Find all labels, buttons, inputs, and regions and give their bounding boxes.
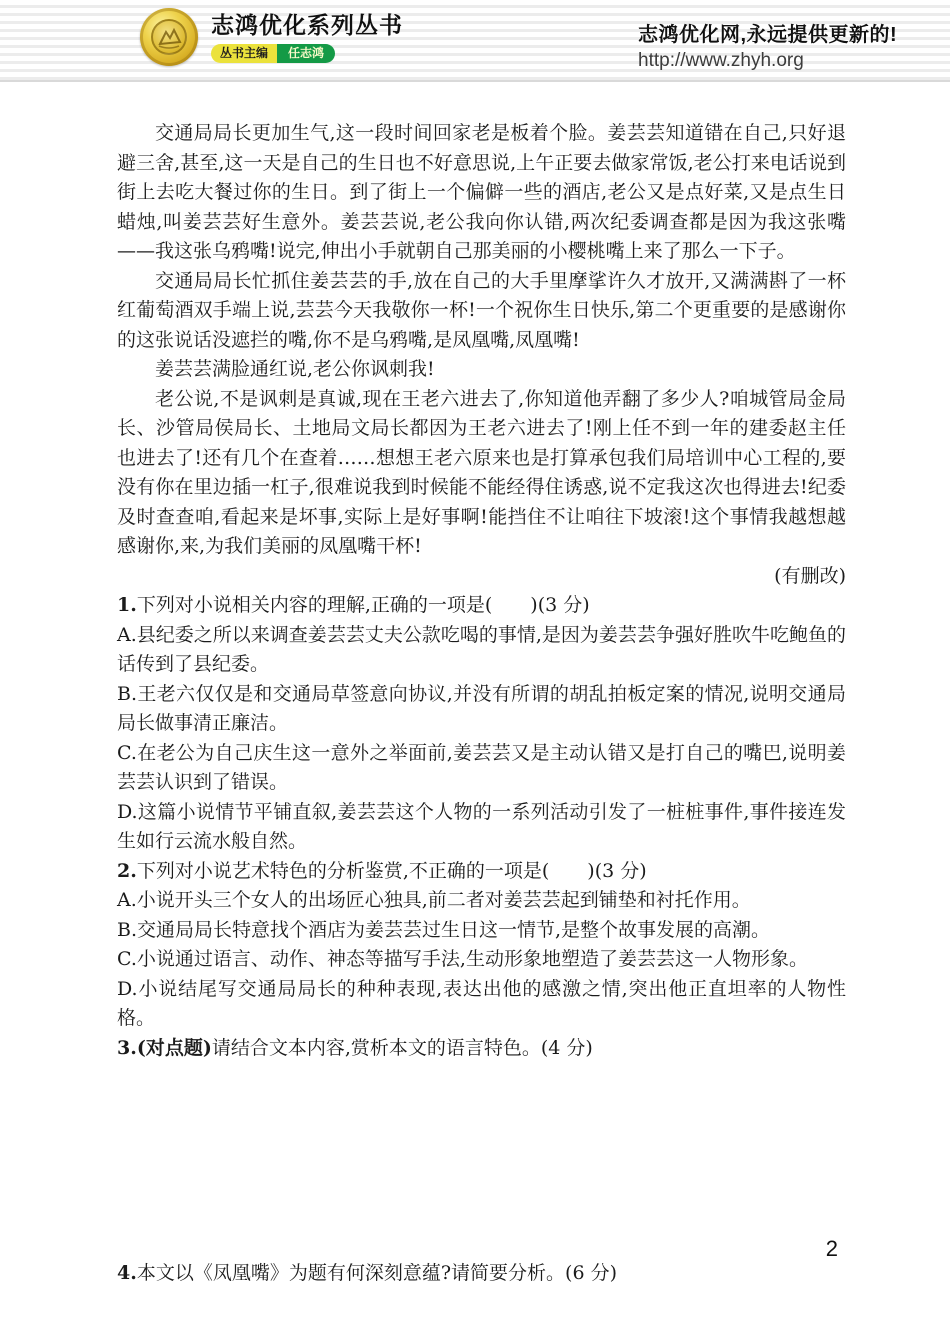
question-1-option-b: B.王老六仅仅是和交通局草签意向协议,并没有所谓的胡乱拍板定案的情况,说明交通局… xyxy=(117,680,846,739)
question-2-options: A.小说开头三个女人的出场匠心独具,前二者对姜芸芸起到铺垫和衬托作用。 B.交通… xyxy=(117,886,846,1034)
question-1-option-d: D.这篇小说情节平铺直叙,姜芸芸这个人物的一系列活动引发了一桩桩事件,事件接连发… xyxy=(117,798,846,857)
question-3-prefix: (对点题) xyxy=(137,1037,212,1059)
question-2-option-b: B.交通局局长特意找个酒店为姜芸芸过生日这一情节,是整个故事发展的高潮。 xyxy=(117,916,846,946)
question-1-number: 1. xyxy=(117,594,137,616)
brand-block: 志鸿优化系列丛书 丛书主编 任志鸿 xyxy=(140,8,403,66)
brand-title: 志鸿优化系列丛书 xyxy=(211,12,403,38)
badge-editor-name: 任志鸿 xyxy=(277,44,335,63)
question-2-option-d: D.小说结尾写交通局局长的种种表现,表达出他的感激之情,突出他正直坦率的人物性格… xyxy=(117,975,846,1034)
site-url: http://www.zhyh.org xyxy=(638,50,897,72)
question-1-options: A.县纪委之所以来调查姜芸芸丈夫公款吃喝的事情,是因为姜芸芸争强好胜吹牛吃鲍鱼的… xyxy=(117,621,846,857)
page-header: 志鸿优化系列丛书 丛书主编 任志鸿 志鸿优化网,永远提供更新的! http://… xyxy=(0,0,950,82)
passage-paragraph: 姜芸芸满脸通红说,老公你讽刺我! xyxy=(117,355,846,385)
question-1: 1.下列对小说相关内容的理解,正确的一项是( )(3 分) A.县纪委之所以来调… xyxy=(117,591,846,857)
passage-attribution: (有删改) xyxy=(117,562,846,592)
header-right-block: 志鸿优化网,永远提供更新的! http://www.zhyh.org xyxy=(638,24,897,72)
question-2-option-a: A.小说开头三个女人的出场匠心独具,前二者对姜芸芸起到铺垫和衬托作用。 xyxy=(117,886,846,916)
question-4-number: 4. xyxy=(117,1262,137,1284)
brand-badge: 丛书主编 任志鸿 xyxy=(211,44,335,63)
question-2: 2.下列对小说艺术特色的分析鉴赏,不正确的一项是( )(3 分) A.小说开头三… xyxy=(117,857,846,1034)
question-1-option-c: C.在老公为自己庆生这一意外之举面前,姜芸芸又是主动认错又是打自己的嘴巴,说明姜… xyxy=(117,739,846,798)
question-1-option-a: A.县纪委之所以来调查姜芸芸丈夫公款吃喝的事情,是因为姜芸芸争强好胜吹牛吃鲍鱼的… xyxy=(117,621,846,680)
question-3-number: 3. xyxy=(117,1037,137,1059)
question-list: 1.下列对小说相关内容的理解,正确的一项是( )(3 分) A.县纪委之所以来调… xyxy=(117,591,846,1289)
passage-paragraph: 交通局局长忙抓住姜芸芸的手,放在自己的大手里摩挲许久才放开,又满满斟了一杯红葡萄… xyxy=(117,267,846,356)
brand-text: 志鸿优化系列丛书 丛书主编 任志鸿 xyxy=(211,12,403,63)
question-2-stem: 下列对小说艺术特色的分析鉴赏,不正确的一项是( )(3 分) xyxy=(137,860,647,882)
question-4-stem: 本文以《凤凰嘴》为题有何深刻意蕴?请简要分析。(6 分) xyxy=(137,1262,617,1284)
reading-passage: 交通局局长更加生气,这一段时间回家老是板着个脸。姜芸芸知道错在自己,只好退避三舍… xyxy=(117,119,846,591)
passage-paragraph: 老公说,不是讽刺是真诚,现在王老六进去了,你知道他弄翻了多少人?咱城管局金局长、… xyxy=(117,385,846,562)
question-3: 3.(对点题)请结合文本内容,赏析本文的语言特色。(4 分) xyxy=(117,1034,846,1064)
site-slogan: 志鸿优化网,永远提供更新的! xyxy=(638,24,897,47)
page-number: 2 xyxy=(826,1236,838,1262)
question-1-stem: 下列对小说相关内容的理解,正确的一项是( )(3 分) xyxy=(137,594,590,616)
badge-editor-label: 丛书主编 xyxy=(211,44,277,63)
brand-medal-icon xyxy=(140,8,198,66)
question-2-option-c: C.小说通过语言、动作、神态等描写手法,生动形象地塑造了姜芸芸这一人物形象。 xyxy=(117,945,846,975)
question-4: 4.本文以《凤凰嘴》为题有何深刻意蕴?请简要分析。(6 分) xyxy=(117,1259,846,1289)
document-content: 交通局局长更加生气,这一段时间回家老是板着个脸。姜芸芸知道错在自己,只好退避三舍… xyxy=(117,119,846,1289)
passage-paragraph: 交通局局长更加生气,这一段时间回家老是板着个脸。姜芸芸知道错在自己,只好退避三舍… xyxy=(117,119,846,267)
question-3-stem: 请结合文本内容,赏析本文的语言特色。(4 分) xyxy=(212,1037,593,1059)
question-2-number: 2. xyxy=(117,860,137,882)
